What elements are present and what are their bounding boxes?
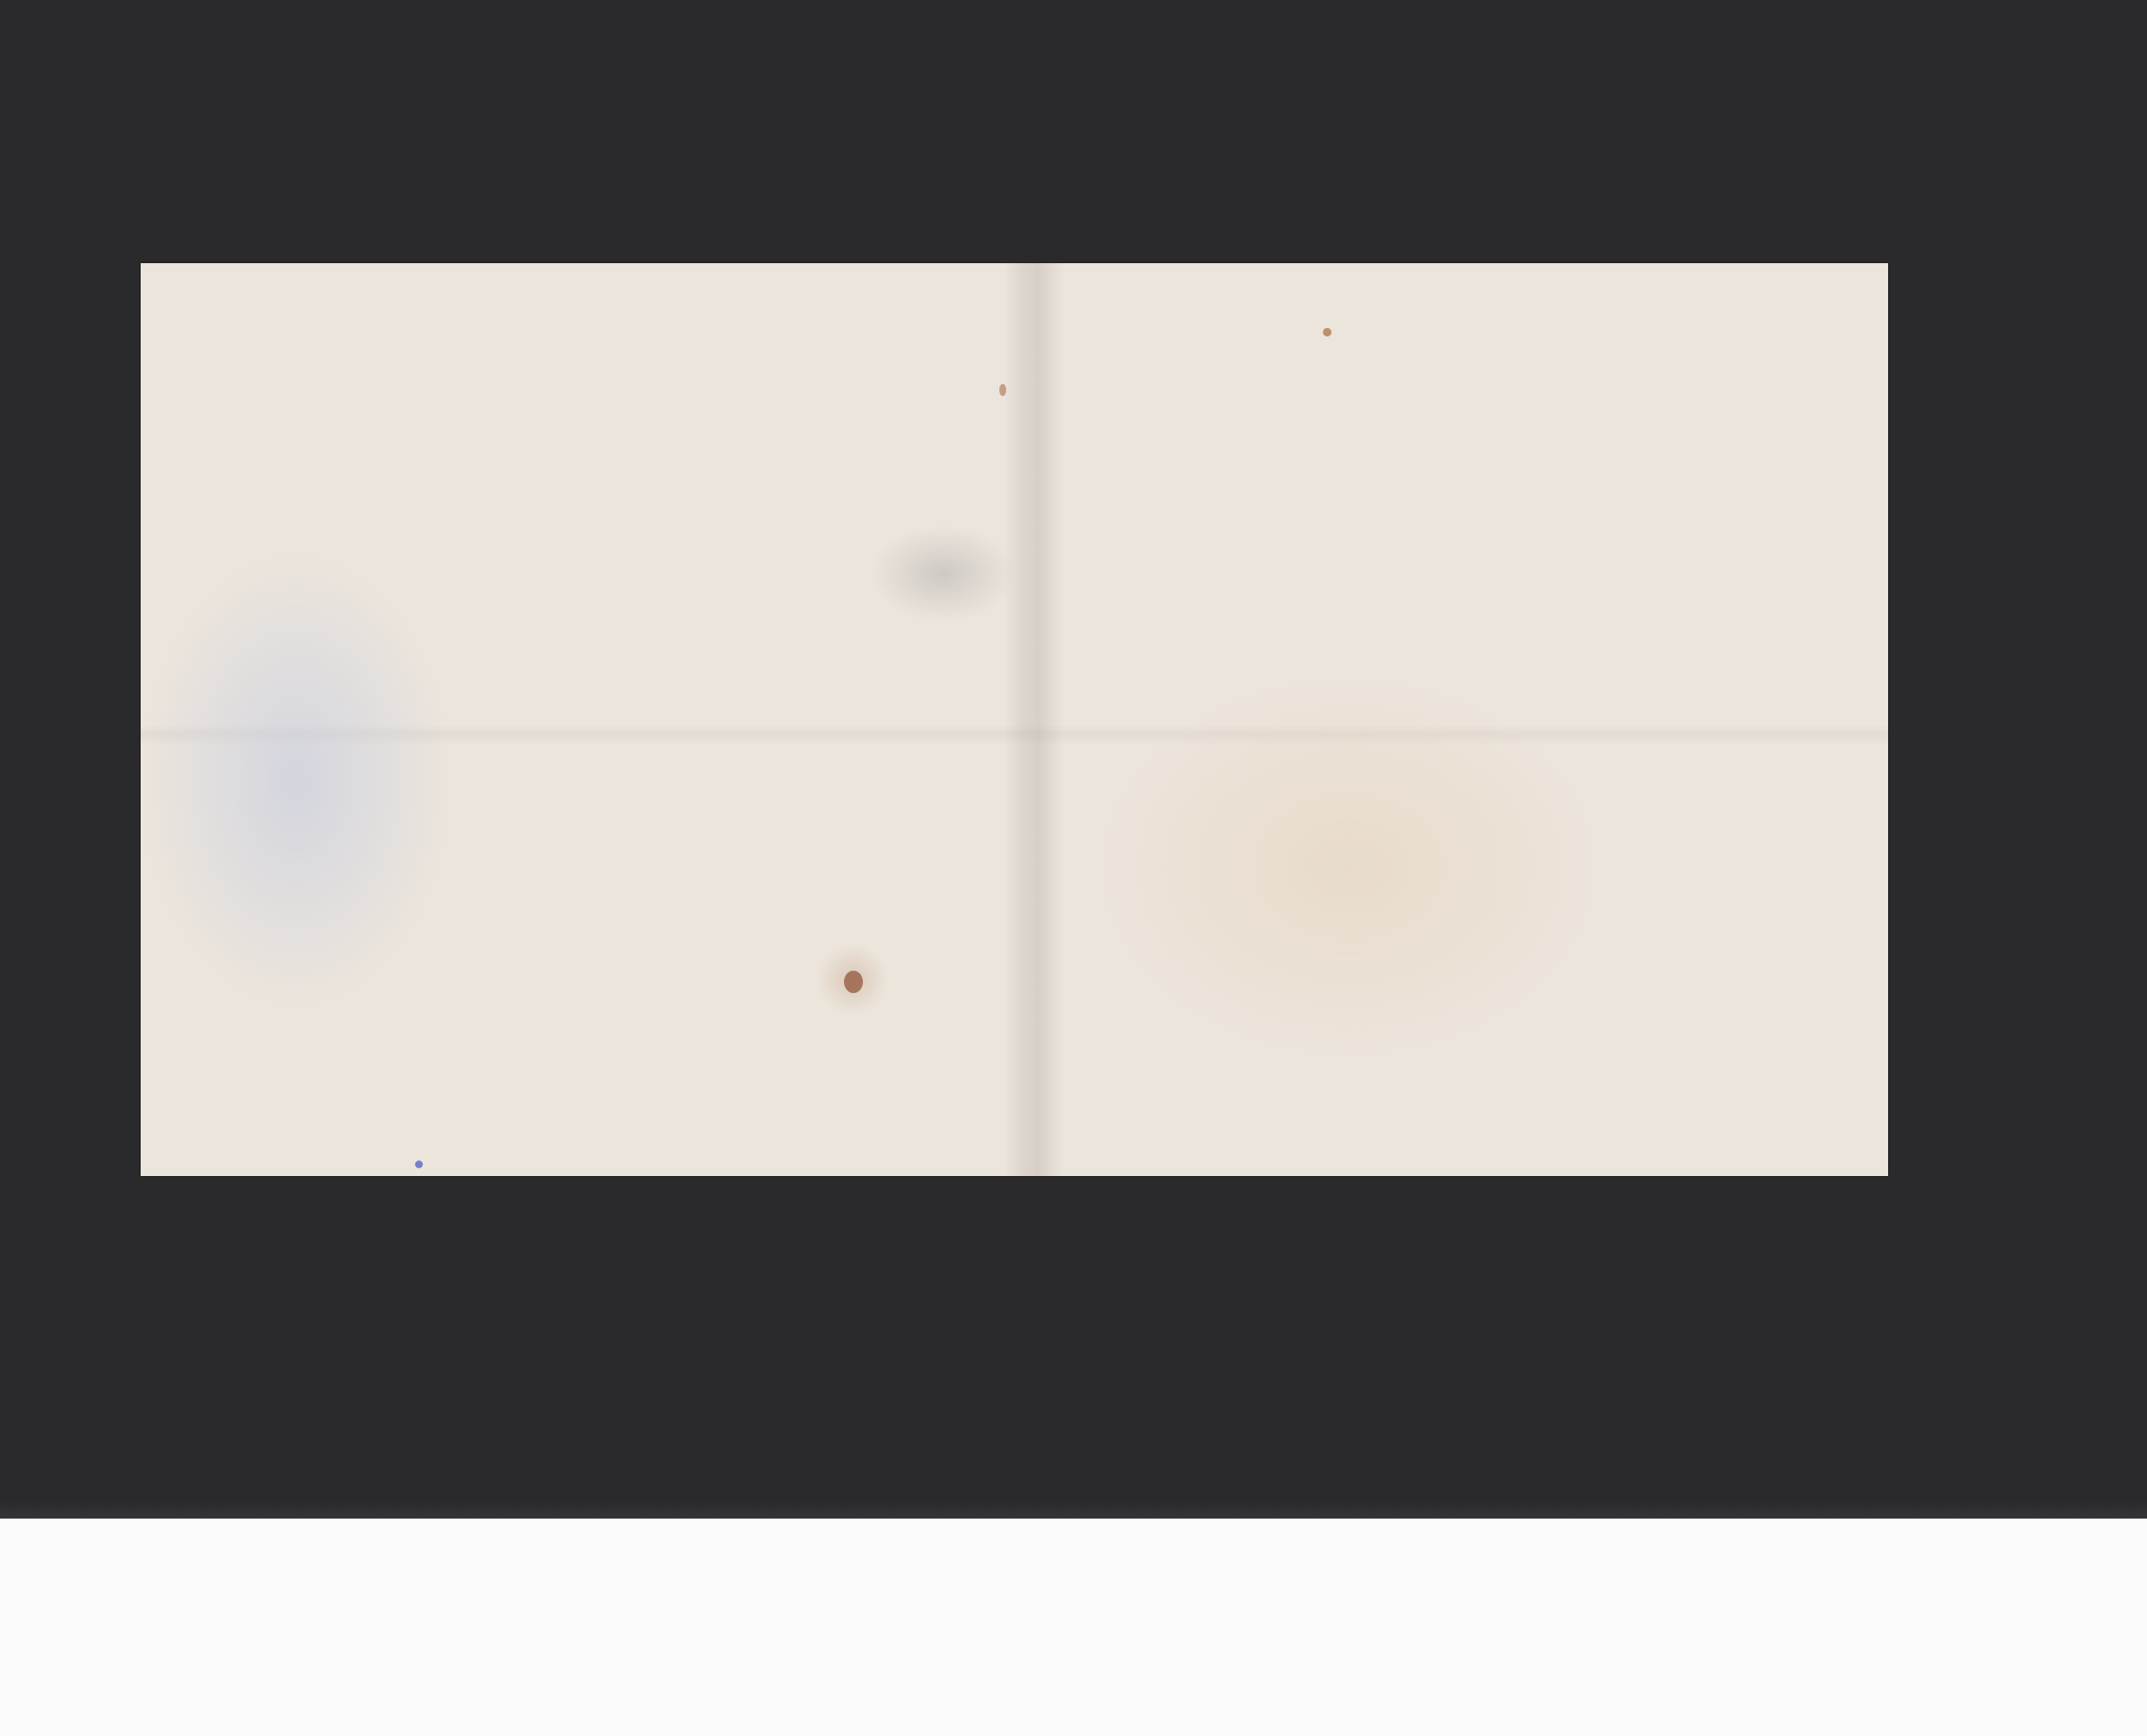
stain-spot [999,384,1006,396]
ink-dot [415,1160,423,1168]
white-scan-bed [0,1519,2147,1736]
banknote-reverse [141,263,1888,1176]
stain-spot [1323,328,1332,337]
stain-spot [844,971,863,993]
